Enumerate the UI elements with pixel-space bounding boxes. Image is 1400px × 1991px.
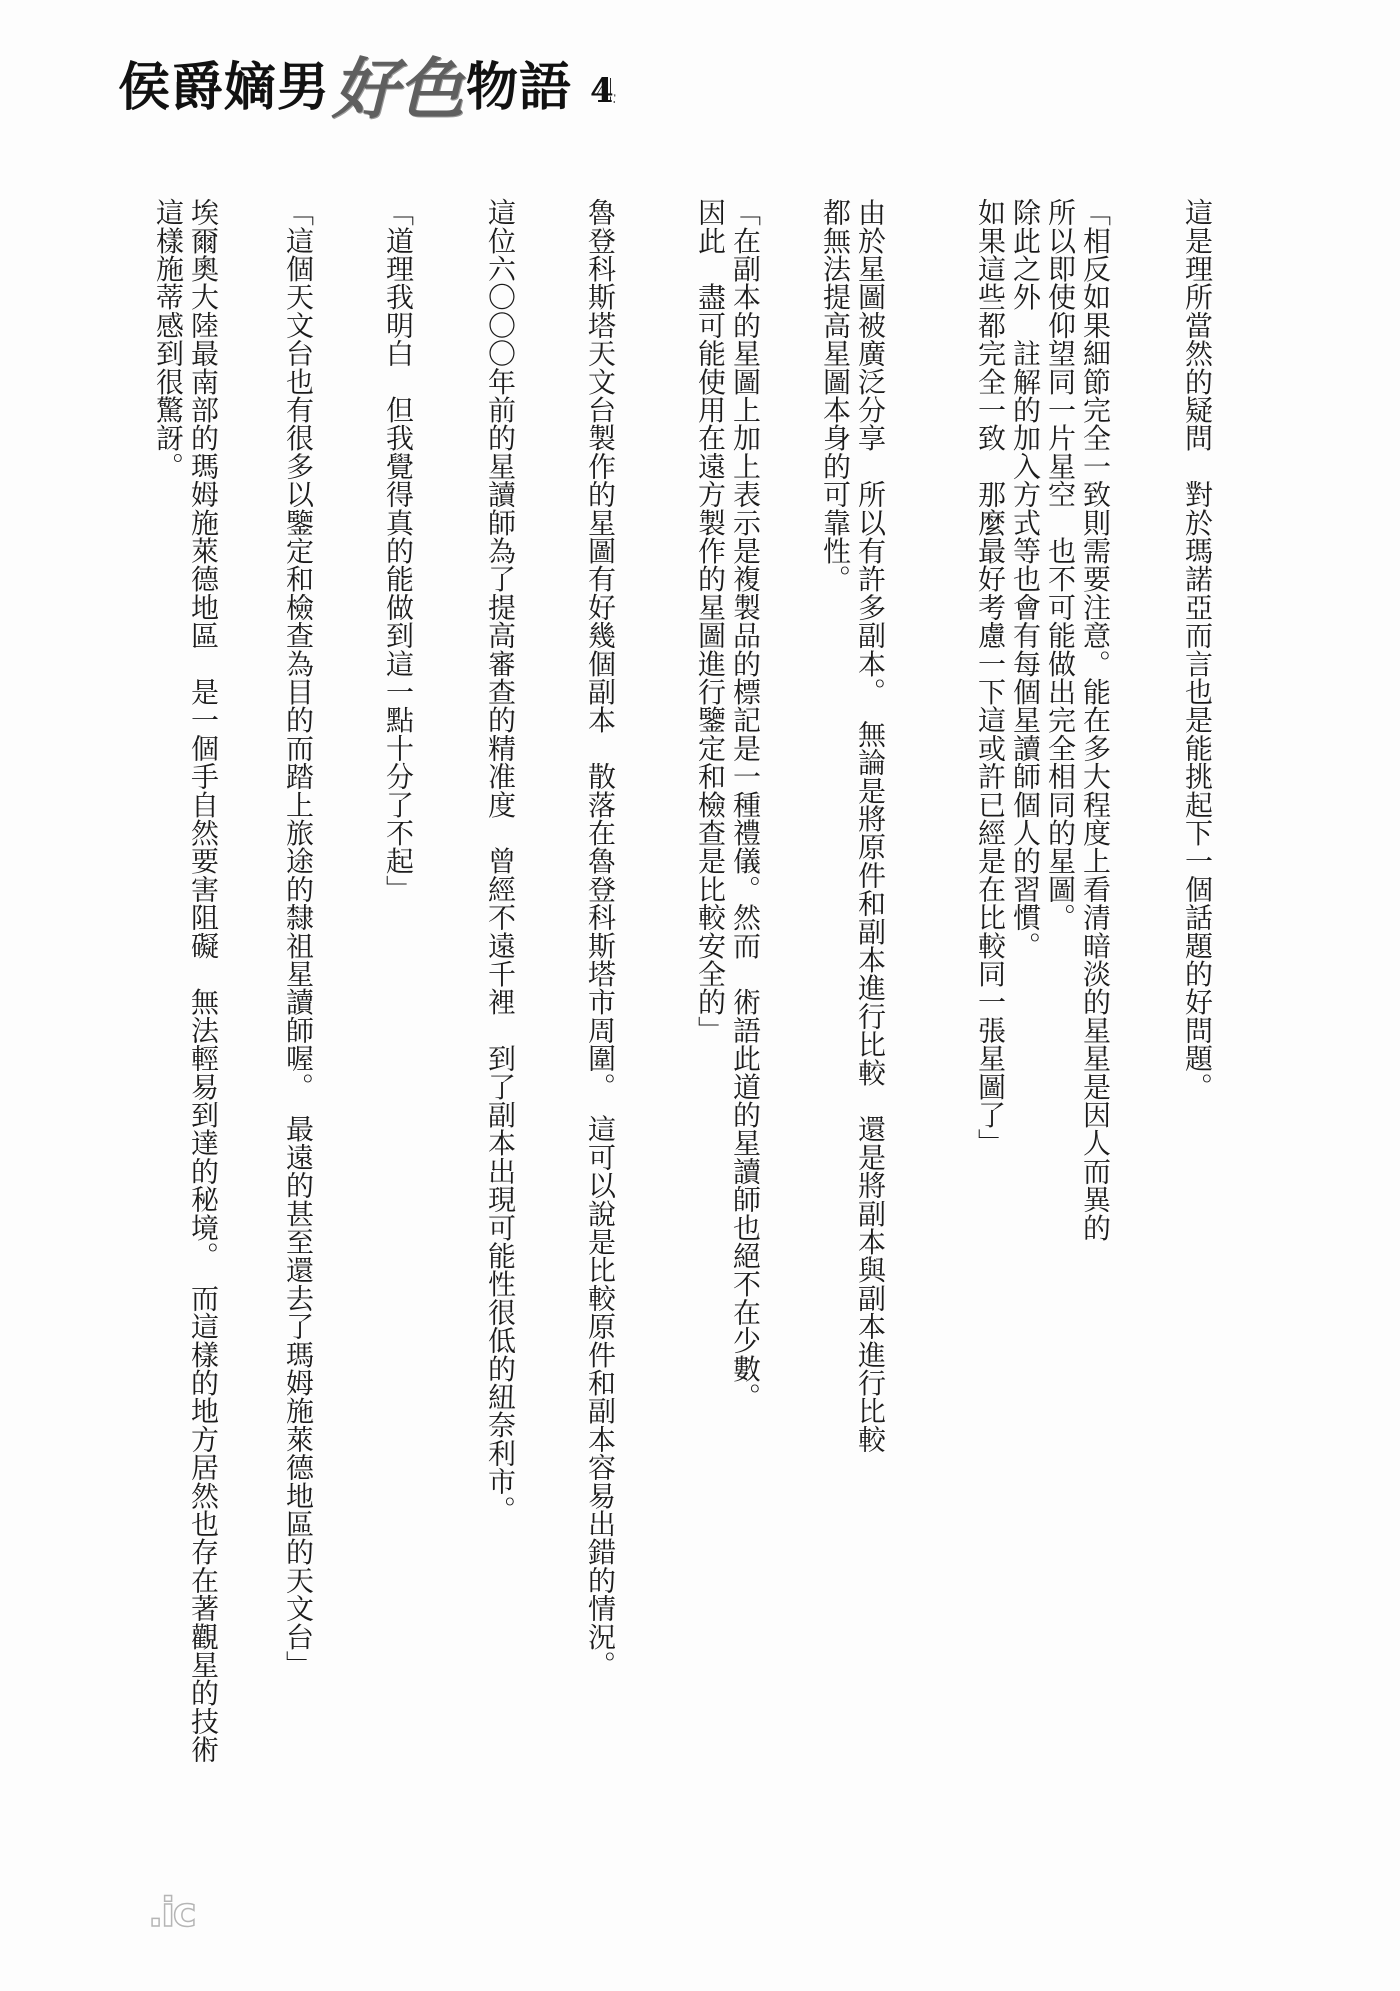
- text-column-14: 埃爾奧大陸最南部的瑪姆施萊德地區 是一個手自然要害阻礙 無法輕易到達的秘境。 而…: [186, 198, 221, 1763]
- text-column-13: 「這個天文台也有很多以鑒定和檢查為目的而踏上旅途的隸祖星讀師喔。 最遠的甚至還去…: [281, 198, 316, 1679]
- title-part-3: 物語: [466, 62, 572, 114]
- book-title-header: 侯爵嫡男 好色 物語 4: [118, 44, 614, 114]
- title-part-2-stylized: 好色: [332, 56, 464, 122]
- publisher-logo-watermark: .ic: [148, 1890, 195, 1936]
- text-column-4: 除此之外 註解的加入方式等也會有每個星讀師個人的習慣。: [1008, 198, 1043, 959]
- book-page: 侯爵嫡男 好色 物語 4 這是理所當然的疑問 對於瑪諾亞而言也是能挑起下一個話題…: [0, 0, 1400, 1991]
- text-column-12: 「道理我明白 但我覺得真的能做到這一點十分了不起」: [381, 198, 416, 903]
- volume-number: 4: [590, 74, 614, 108]
- text-column-11: 這位六〇〇〇年前的星讀師為了提高審查的精准度 曾經不遠千裡 到了副本出現可能性很…: [483, 198, 518, 1523]
- vertical-text-body: 這是理所當然的疑問 對於瑪諾亞而言也是能挑起下一個話題的好問題。 「相反如果細節…: [0, 198, 1400, 1878]
- text-column-2: 「相反如果細節完全一致則需要注意。能在多大程度上看清暗淡的星星是因人而異的: [1078, 198, 1113, 1241]
- text-column-3: 所以即使仰望同一片星空 也不可能做出完全相同的星圖。: [1043, 198, 1078, 931]
- text-column-5: 如果這些都完全一致 那麼最好考慮一下這或許已經是在比較同一張星圖了」: [973, 198, 1008, 1157]
- text-column-1: 這是理所當然的疑問 對於瑪諾亞而言也是能挑起下一個話題的好問題。: [1180, 198, 1215, 1100]
- text-column-6: 由於星圖被廣泛分享 所以有許多副本。 無論是將原件和副本進行比較 還是將副本與副…: [853, 198, 888, 1453]
- text-column-8: 「在副本的星圖上加上表示是複製品的標記是一種禮儀。然而 術語此道的星讀師也絕不在…: [728, 198, 763, 1411]
- text-column-10: 魯登科斯塔天文台製作的星圖有好幾個副本 散落在魯登科斯塔市周圍。 這可以說是比較…: [583, 198, 618, 1679]
- title-part-1: 侯爵嫡男: [118, 62, 330, 114]
- text-column-15: 這樣施蒂感到很驚訝。: [151, 198, 186, 480]
- text-column-7: 都無法提高星圖本身的可靠性。: [818, 198, 853, 593]
- text-column-9: 因此 盡可能使用在遠方製作的星圖進行鑒定和檢查是比較安全的」: [693, 198, 728, 1044]
